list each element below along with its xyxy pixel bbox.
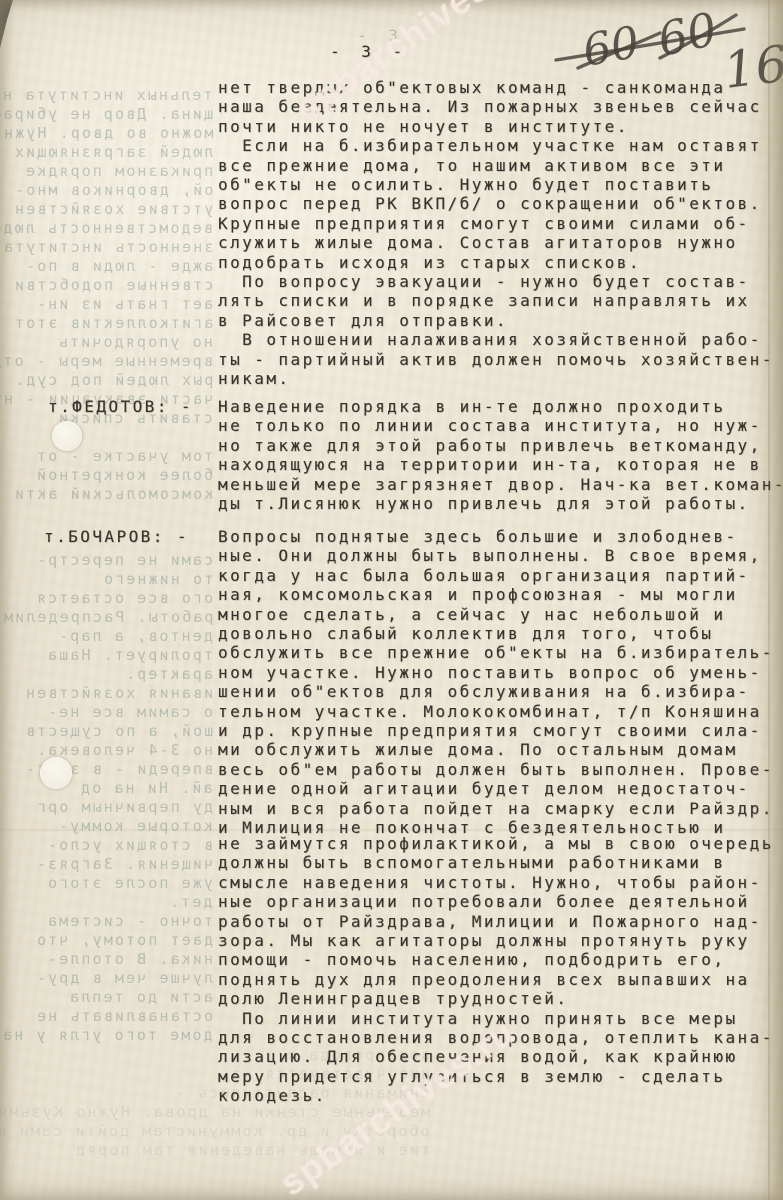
- bleedthrough-line: ой, дворников мно-: [13, 181, 213, 200]
- bleedthrough-line: то нижнего: [102, 570, 213, 589]
- speech-bocharov-part2: не займутся профилактикой, а мы в свою о…: [218, 834, 774, 1106]
- bleedthrough-line: мебельные стенки на дрова. Нужно Кузьмин…: [0, 1103, 430, 1122]
- bleedthrough-line: ай. Ни на од: [79, 779, 213, 798]
- speech-bocharov-part1: Вопросы поднятые здесь большие и злободн…: [218, 527, 774, 838]
- bleedthrough-line: которые комму-: [57, 817, 213, 836]
- handwritten-folio-number: 16: [720, 35, 783, 100]
- speech-fedotov: Наведение порядка в ин-те должно проходи…: [218, 397, 783, 513]
- bleedthrough-line: более конкретной: [35, 466, 213, 485]
- bleedthrough-line: зненность института: [2, 238, 213, 257]
- bleedthrough-line: комсомольский акти: [13, 485, 213, 504]
- speaker-label-fedotov: т.ФЕДОТОВ: -: [48, 397, 193, 416]
- bleedthrough-line: лучше чем в дру-: [35, 969, 213, 988]
- document-page: тельных института нет ника-щина. Двор не…: [0, 0, 783, 1200]
- bleedthrough-line: ивания хозяйствен: [24, 684, 213, 703]
- handwritten-annotations: 60 60 16: [0, 0, 783, 140]
- bleedthrough-line: ажде - люди в по-: [24, 257, 213, 276]
- bleedthrough-line: ого все остается: [35, 589, 213, 608]
- bleedthrough-line: агитколлектив этот: [13, 314, 213, 333]
- bleedthrough-line: дает потому, что: [35, 931, 213, 950]
- bleedthrough-line: рых людей под суд.: [13, 371, 213, 390]
- bleedthrough-line: оборотку и др. коммунистам дойти сами в …: [0, 1122, 430, 1141]
- hole-punch: [40, 757, 72, 789]
- bleedthrough-line: людей загрязняющих: [13, 143, 213, 162]
- bleedthrough-line: доме того угля у нас: [0, 1026, 213, 1045]
- bleedthrough-line: уже после этого: [46, 874, 213, 893]
- bleedthrough-line: арактер.: [124, 665, 213, 684]
- bleedthrough-line: в стоящих усло-: [46, 836, 213, 855]
- bleedthrough-line: приказном порядке: [24, 162, 213, 181]
- bleedthrough-line: сами не перестр-: [35, 551, 213, 570]
- bleedthrough-line: тие и помощь наведения там поряд: [74, 1141, 430, 1160]
- bleedthrough-line: тролирует. Наша: [46, 646, 213, 665]
- bleedthrough-line: чищения. Загряз-: [35, 855, 213, 874]
- bleedthrough-line: ведомственность людей.: [0, 219, 213, 238]
- bleedthrough-line: о самим все не-: [46, 703, 213, 722]
- bleedthrough-line: останавливать не: [35, 1007, 213, 1026]
- bleedthrough-line: шой, а по существ: [24, 722, 213, 741]
- bleedthrough-line: временные меры - отдав: [0, 352, 213, 371]
- hole-punch: [52, 421, 82, 451]
- bleedthrough-line: дентов, а пар-: [57, 627, 213, 646]
- bleedthrough-line: ду первичным орг: [35, 798, 213, 817]
- bleedthrough-line: асти до тепла: [68, 988, 213, 1007]
- bleedthrough-line: работы. Распределим: [2, 608, 213, 627]
- bleedthrough-line: утствие хозяйствен: [13, 200, 213, 219]
- bleedthrough-line: точно - система: [46, 912, 213, 931]
- bleedthrough-line: ника. В отопле-: [46, 950, 213, 969]
- bleedthrough-line: ственные подобстви: [13, 276, 213, 295]
- bleedthrough-line: дет.: [168, 893, 213, 912]
- speaker-label-bocharov: т.БОЧАРОВ: -: [44, 527, 189, 546]
- bleedthrough-line: но упорядочить: [57, 333, 213, 352]
- bleedthrough-line: ает гнать из ин-: [35, 295, 213, 314]
